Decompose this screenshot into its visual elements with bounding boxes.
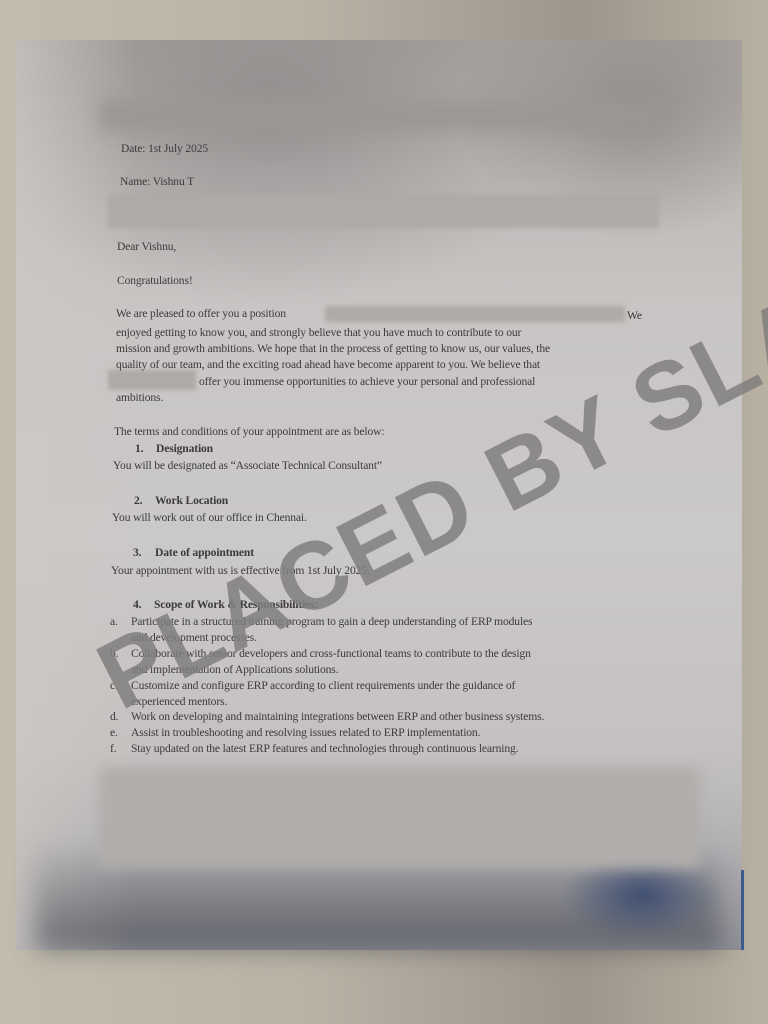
- letter-recipient-name: Name: Vishnu T: [120, 174, 194, 190]
- section-2-number: 2.: [134, 493, 142, 509]
- letter-greeting: Congratulations!: [117, 273, 193, 289]
- terms-intro: The terms and conditions of your appoint…: [114, 424, 384, 440]
- intro-line-1: We are pleased to offer you a position: [116, 306, 286, 322]
- intro-line-1-end: We: [627, 308, 642, 324]
- list-item-text: Work on developing and maintaining integ…: [131, 709, 544, 725]
- section-2-body: You will work out of our office in Chenn…: [112, 510, 307, 526]
- section-1-title: Designation: [156, 441, 213, 457]
- intro-line-2: enjoyed getting to know you, and strongl…: [116, 325, 521, 341]
- intro-line-5: offer you immense opportunities to achie…: [199, 374, 535, 390]
- list-item-marker: f.: [110, 741, 116, 757]
- intro-line-3: mission and growth ambitions. We hope th…: [116, 341, 550, 357]
- letter-date: Date: 1st July 2025: [121, 141, 208, 157]
- list-item-marker: d.: [110, 709, 118, 725]
- section-2-title: Work Location: [155, 493, 228, 509]
- list-item-text: Assist in troubleshooting and resolving …: [131, 725, 480, 741]
- section-1-number: 1.: [135, 441, 143, 457]
- list-item-marker: e.: [110, 725, 118, 741]
- list-item-text: Stay updated on the latest ERP features …: [131, 741, 518, 757]
- intro-line-4: quality of our team, and the exciting ro…: [116, 357, 540, 373]
- intro-line-6: ambitions.: [116, 390, 163, 406]
- section-3-number: 3.: [133, 545, 141, 561]
- section-1-body: You will be designated as “Associate Tec…: [113, 458, 382, 474]
- letter-salutation: Dear Vishnu,: [117, 239, 176, 255]
